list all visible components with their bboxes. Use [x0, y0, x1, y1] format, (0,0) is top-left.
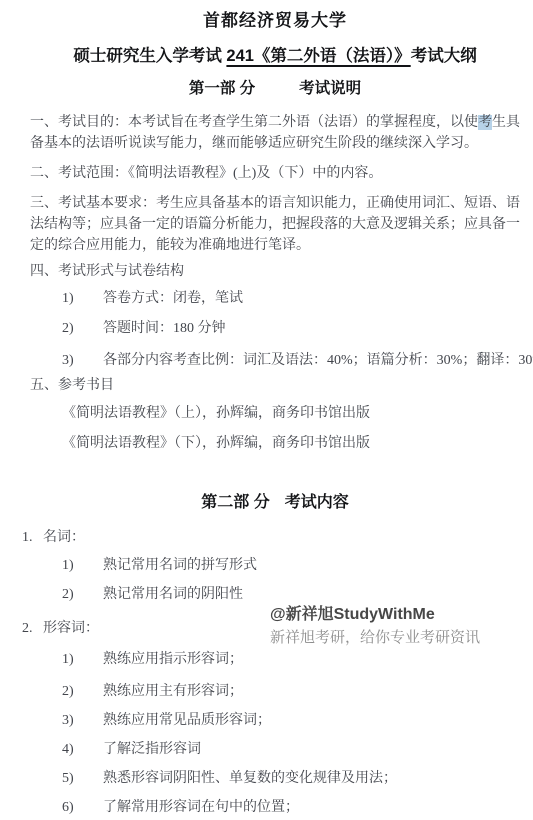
list-item: 5)熟悉形容词阴阳性、单复数的变化规律及用法；	[62, 769, 520, 789]
list-item-text: 各部分内容考查比例：词汇及语法：40%；语篇分析：30%；翻译：30%	[103, 353, 533, 368]
part1-heading-number: 第一部 分	[189, 80, 255, 97]
reference-book: 《简明法语教程》（上），孙辉编，商务印书馆出版	[62, 404, 520, 424]
list-item-text: 熟记常用名词的拼写形式	[103, 558, 257, 573]
part1-heading-title: 考试说明	[299, 80, 361, 97]
list-item: 3)各部分内容考查比例：词汇及语法：40%；语篇分析：30%；翻译：30%	[62, 351, 520, 371]
document-page: 首都经济贸易大学 硕士研究生入学考试 241《第二外语（法语）》考试大纲 第一部…	[0, 0, 533, 820]
watermark: @新祥旭StudyWithMe 新祥旭考研，给你专业考研资讯	[270, 603, 480, 649]
list-item: 2)熟记常用名词的阴阳性	[62, 585, 520, 605]
list-item-text: 熟记常用名词的阴阳性	[103, 587, 243, 602]
list-item-number: 5)	[62, 769, 103, 789]
highlighted-character: 考	[478, 115, 492, 130]
section-number: 1.	[22, 528, 43, 548]
watermark-handle: @新祥旭StudyWithMe	[270, 603, 480, 626]
list-item-number: 1)	[62, 289, 103, 309]
exam-title-prefix: 硕士研究生入学考试	[73, 47, 226, 65]
watermark-tagline: 新祥旭考研，给你专业考研资讯	[270, 626, 480, 649]
list-item: 3)熟练应用常见品质形容词；	[62, 711, 520, 731]
list-item-number: 1)	[62, 650, 103, 670]
section-nouns: 1.名词：	[22, 528, 520, 548]
reference-book: 《简明法语教程》（下），孙辉编，商务印书馆出版	[62, 434, 520, 454]
list-item: 4)了解泛指形容词	[62, 740, 520, 760]
list-item: 1)熟练应用指示形容词；	[62, 650, 520, 670]
list-item-number: 3)	[62, 711, 103, 731]
list-item-text: 熟练应用常见品质形容词；	[103, 713, 271, 728]
list-item-text: 熟练应用指示形容词；	[103, 652, 243, 667]
exam-title: 硕士研究生入学考试 241《第二外语（法语）》考试大纲	[30, 44, 520, 68]
section-title: 形容词：	[43, 621, 99, 636]
exam-title-suffix: 考试大纲	[411, 47, 477, 65]
part1-heading: 第一部 分考试说明	[30, 79, 520, 99]
university-title: 首都经济贸易大学	[30, 10, 520, 32]
paragraph-exam-purpose: 一、考试目的：本考试旨在考查学生第二外语（法语）的掌握程度，以使考生具备基本的法…	[30, 112, 520, 154]
paragraph-exam-scope: 二、考试范围：《简明法语教程》(上)及（下）中的内容。	[30, 163, 520, 184]
format-structure-heading: 四、考试形式与试卷结构	[30, 262, 520, 282]
list-item: 1)熟记常用名词的拼写形式	[62, 556, 520, 576]
list-item-number: 2)	[62, 319, 103, 339]
references-heading: 五、参考书目	[30, 376, 520, 396]
list-item: 2)熟练应用主有形容词；	[62, 682, 520, 702]
list-item-text: 了解泛指形容词	[103, 742, 201, 757]
exam-title-course-code: 241《第二外语（法语）》	[226, 47, 410, 65]
purpose-text-before: 一、考试目的：本考试旨在考查学生第二外语（法语）的掌握程度，以使	[30, 115, 478, 130]
list-item-number: 2)	[62, 682, 103, 702]
list-item-text: 熟练应用主有形容词；	[103, 684, 243, 699]
list-item-text: 答卷方式：闭卷，笔试	[103, 291, 243, 306]
list-item-number: 4)	[62, 740, 103, 760]
list-item-number: 2)	[62, 585, 103, 605]
part2-heading-title: 考试内容	[285, 494, 349, 511]
list-item: 6)了解常用形容词在句中的位置；	[62, 798, 520, 818]
list-item-text: 答题时间：180 分钟	[103, 321, 226, 336]
list-item: 2)答题时间：180 分钟	[62, 319, 520, 339]
paragraph-exam-requirements: 三、考试基本要求：考生应具备基本的语言知识能力，正确使用词汇、短语、语法结构等；…	[30, 193, 520, 256]
part2-heading: 第二部 分考试内容	[30, 492, 520, 514]
part2-heading-number: 第二部 分	[201, 494, 269, 511]
list-item-number: 6)	[62, 798, 103, 818]
section-title: 名词：	[43, 530, 85, 545]
section-number: 2.	[22, 619, 43, 639]
list-item-number: 1)	[62, 556, 103, 576]
list-item-text: 了解常用形容词在句中的位置；	[103, 800, 299, 815]
list-item-text: 熟悉形容词阴阳性、单复数的变化规律及用法；	[103, 771, 397, 786]
list-item: 1)答卷方式：闭卷，笔试	[62, 289, 520, 309]
list-item-number: 3)	[62, 351, 103, 371]
